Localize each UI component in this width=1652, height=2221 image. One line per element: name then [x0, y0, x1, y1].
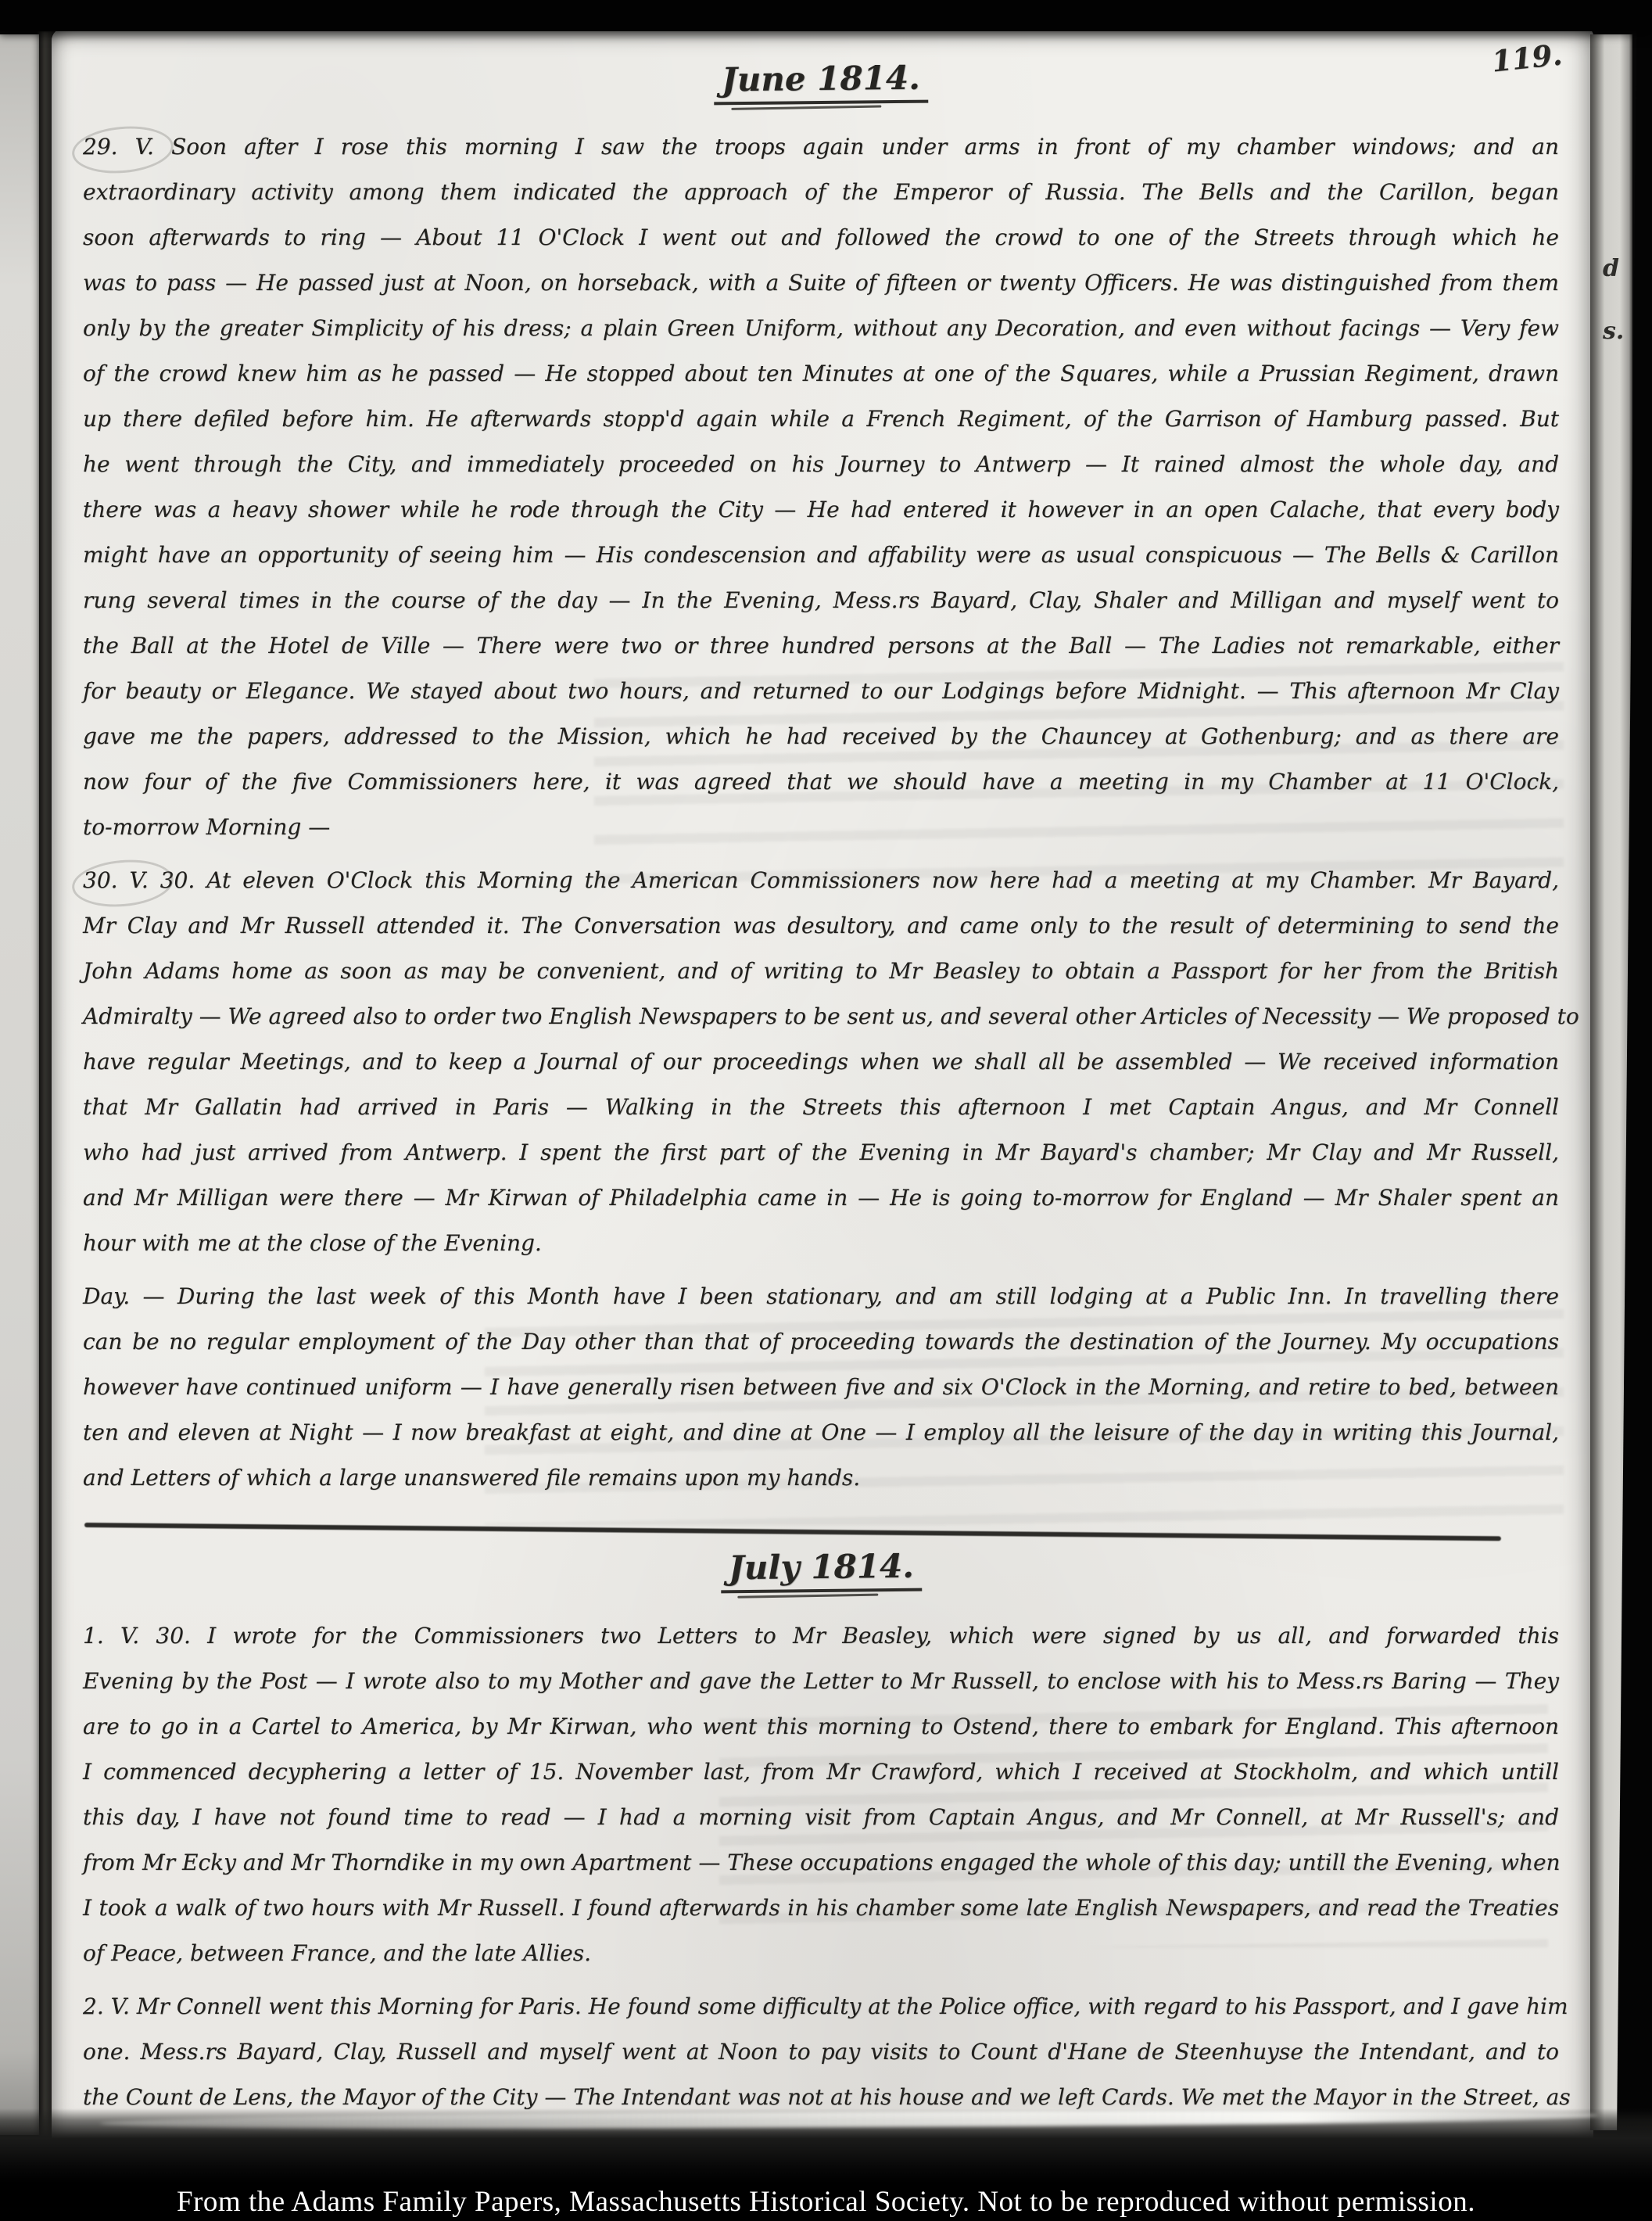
archive-credit-bar: From the Adams Family Papers, Massachuse… — [0, 2182, 1652, 2221]
manuscript-line: 30. V. 30. At eleven O'Clock this Mornin… — [83, 858, 1559, 903]
adjacent-page-edge — [0, 34, 39, 2135]
stray-ink-mark: s. — [1603, 320, 1624, 343]
manuscript-line: that Mr Gallatin had arrived in Paris — … — [83, 1085, 1559, 1130]
manuscript-scan: 119. June 1814.29. V. Soon after I rose … — [0, 0, 1652, 2221]
manuscript-line: extraordinary activity among them indica… — [83, 170, 1559, 215]
manuscript-line: Evening by the Post — I wrote also to my… — [83, 1659, 1559, 1704]
manuscript-line: Admiralty — We agreed also to order two … — [83, 994, 1559, 1039]
manuscript-line: 1. V. 30. I wrote for the Commissioners … — [83, 1613, 1559, 1659]
diary-entry: 29. V. Soon after I rose this morning I … — [83, 124, 1559, 850]
manuscript-body: June 1814.29. V. Soon after I rose this … — [83, 59, 1559, 2120]
manuscript-line: John Adams home as soon as may be conven… — [83, 949, 1559, 994]
manuscript-line: for beauty or Elegance. We stayed about … — [83, 669, 1559, 714]
manuscript-line: soon afterwards to ring — About 11 O'Clo… — [83, 215, 1559, 260]
month-heading: June 1814. — [83, 59, 1559, 104]
diary-entry: Day. — During the last week of this Mont… — [83, 1274, 1559, 1501]
manuscript-line: however have continued uniform — I have … — [83, 1365, 1559, 1410]
diary-entry: 30. V. 30. At eleven O'Clock this Mornin… — [83, 858, 1559, 1266]
diary-entry: 1. V. 30. I wrote for the Commissioners … — [83, 1613, 1559, 1976]
stray-ink-mark: d — [1603, 257, 1619, 281]
manuscript-line: was to pass — He passed just at Noon, on… — [83, 260, 1559, 306]
manuscript-line: up there defiled before him. He afterwar… — [83, 396, 1559, 442]
manuscript-line: ten and eleven at Night — I now breakfas… — [83, 1410, 1559, 1455]
manuscript-line: from Mr Ecky and Mr Thorndike in my own … — [83, 1840, 1559, 1886]
manuscript-line: Mr Clay and Mr Russell attended it. The … — [83, 903, 1559, 949]
manuscript-line: are to go in a Cartel to America, by Mr … — [83, 1704, 1559, 1749]
manuscript-line: now four of the five Commissioners here,… — [83, 759, 1559, 805]
manuscript-line: have regular Meetings, and to keep a Jou… — [83, 1039, 1559, 1085]
manuscript-line: gave me the papers, addressed to the Mis… — [83, 714, 1559, 759]
manuscript-line: and Letters of which a large unanswered … — [83, 1455, 1559, 1501]
manuscript-line: he went through the City, and immediatel… — [83, 442, 1559, 487]
manuscript-line: I commenced decyphering a letter of 15. … — [83, 1749, 1559, 1795]
manuscript-line: might have an opportunity of seeing him … — [83, 533, 1559, 578]
month-heading: July 1814. — [83, 1548, 1559, 1592]
manuscript-line: Day. — During the last week of this Mont… — [83, 1274, 1559, 1319]
section-divider-rule — [84, 1523, 1501, 1541]
manuscript-line: to-morrow Morning — — [83, 805, 1559, 850]
manuscript-line: can be no regular employment of the Day … — [83, 1319, 1559, 1365]
month-heading-text: June 1814. — [714, 59, 928, 106]
manuscript-line: hour with me at the close of the Evening… — [83, 1221, 1559, 1266]
diary-page: 119. June 1814.29. V. Soon after I rose … — [52, 28, 1593, 2146]
manuscript-line: only by the greater Simplicity of his dr… — [83, 306, 1559, 351]
manuscript-line: and Mr Milligan were there — Mr Kirwan o… — [83, 1175, 1559, 1221]
manuscript-line: 29. V. Soon after I rose this morning I … — [83, 124, 1559, 170]
manuscript-line: one. Mess.rs Bayard, Clay, Russell and m… — [83, 2029, 1559, 2075]
manuscript-line: I took a walk of two hours with Mr Russe… — [83, 1886, 1559, 1931]
month-heading-text: July 1814. — [720, 1547, 921, 1594]
diary-entry: 2. V. Mr Connell went this Morning for P… — [83, 1984, 1559, 2120]
archive-credit-text: From the Adams Family Papers, Massachuse… — [177, 2187, 1475, 2216]
manuscript-line: of Peace, between France, and the late A… — [83, 1931, 1559, 1976]
scan-background-top — [0, 0, 1652, 31]
manuscript-line: the Ball at the Hotel de Ville — There w… — [83, 623, 1559, 669]
page-number: 119. — [1490, 40, 1563, 76]
manuscript-line: this day, I have not found time to read … — [83, 1795, 1559, 1840]
manuscript-line: 2. V. Mr Connell went this Morning for P… — [83, 1984, 1559, 2029]
manuscript-line: of the crowd knew him as he passed — He … — [83, 351, 1559, 396]
manuscript-line: rung several times in the course of the … — [83, 578, 1559, 623]
manuscript-line: there was a heavy shower while he rode t… — [83, 487, 1559, 533]
manuscript-line: who had just arrived from Antwerp. I spe… — [83, 1130, 1559, 1175]
